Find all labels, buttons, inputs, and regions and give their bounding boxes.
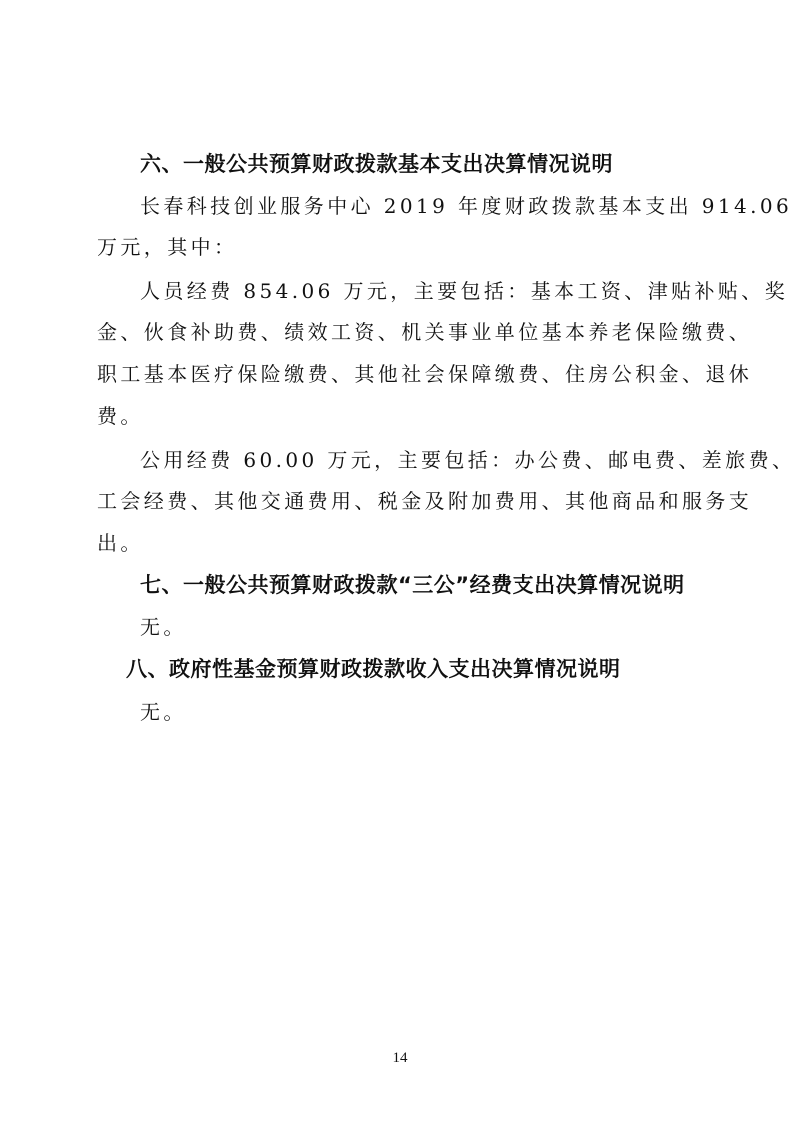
paragraph-line: 无。	[140, 698, 187, 726]
paragraph-line: 职工基本医疗保险缴费、其他社会保障缴费、住房公积金、退休	[97, 360, 752, 388]
page-number: 14	[0, 1050, 800, 1067]
paragraph-line: 长春科技创业服务中心 2019 年度财政拨款基本支出 914.06	[140, 192, 792, 220]
section-heading-7: 七、一般公共预算财政拨款“三公”经费支出决算情况说明	[140, 571, 685, 599]
document-page: 六、一般公共预算财政拨款基本支出决算情况说明 长春科技创业服务中心 2019 年…	[0, 0, 800, 1132]
paragraph-line: 金、伙食补助费、绩效工资、机关事业单位基本养老保险缴费、	[97, 318, 752, 346]
paragraph-line: 费。	[97, 402, 144, 430]
paragraph-line: 公用经费 60.00 万元，主要包括：办公费、邮电费、差旅费、	[140, 446, 795, 474]
paragraph-line: 工会经费、其他交通费用、税金及附加费用、其他商品和服务支	[97, 487, 752, 515]
section-heading-8: 八、政府性基金预算财政拨款收入支出决算情况说明	[126, 655, 621, 683]
paragraph-line: 出。	[97, 529, 144, 557]
paragraph-line: 万元，其中：	[97, 233, 237, 261]
paragraph-line: 无。	[140, 613, 187, 641]
paragraph-line: 人员经费 854.06 万元，主要包括：基本工资、津贴补贴、奖	[140, 277, 788, 305]
section-heading-6: 六、一般公共预算财政拨款基本支出决算情况说明	[140, 150, 613, 178]
